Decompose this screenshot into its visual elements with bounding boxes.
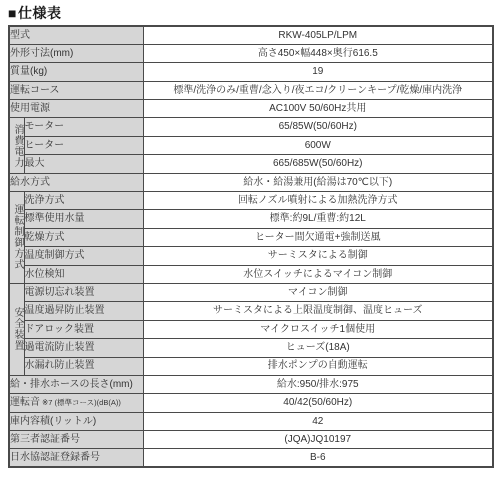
spec-value: 600W xyxy=(305,140,331,151)
spec-value: 高さ450×幅448×奥行616.5 xyxy=(258,48,378,59)
spec-table-body: 型式RKW-405LP/LPM外形寸法(mm)高さ450×幅448×奥行616.… xyxy=(9,26,493,467)
spec-label-cell: 第三者認証番号 xyxy=(9,431,143,449)
spec-value: (JQA)JQ10197 xyxy=(284,434,351,445)
spec-value: 665/685W(50/60Hz) xyxy=(273,158,363,169)
spec-value: ヒーター間欠通電+強制送風 xyxy=(255,232,380,243)
spec-value-cell: 65/85W(50/60Hz) xyxy=(143,118,493,136)
spec-row: 使用電源AC100V 50/60Hz共用 xyxy=(9,100,493,118)
group-label: 運転制御方式 xyxy=(12,204,23,270)
spec-label: 水位検知 xyxy=(25,269,65,280)
spec-value: 42 xyxy=(312,416,323,427)
spec-label: 温度過昇防止装置 xyxy=(25,305,105,316)
group-label: 安全装置 xyxy=(12,307,23,351)
square-bullet-icon: ■ xyxy=(8,5,17,21)
spec-label-cell: 給水方式 xyxy=(9,173,143,191)
spec-row: 過電流防止装置ヒューズ(18A) xyxy=(9,339,493,357)
spec-value: ヒューズ(18A) xyxy=(286,342,350,353)
spec-value-cell: ヒューズ(18A) xyxy=(143,339,493,357)
spec-value-cell: マイクロスイッチ1個使用 xyxy=(143,320,493,338)
spec-value: 65/85W(50/60Hz) xyxy=(279,121,357,132)
spec-row: 日水協認証登録番号B-6 xyxy=(9,449,493,467)
spec-label-cell: 外形寸法(mm) xyxy=(9,44,143,62)
spec-value-cell: 19 xyxy=(143,63,493,81)
spec-value-cell: 42 xyxy=(143,412,493,430)
spec-label: 運転コース xyxy=(10,85,60,96)
spec-row: 最大665/685W(50/60Hz) xyxy=(9,155,493,173)
spec-label: 日水協認証登録番号 xyxy=(10,452,100,463)
spec-label: 洗浄方式 xyxy=(25,195,65,206)
spec-label: 庫内容積(リットル) xyxy=(10,416,96,427)
spec-label-cell: 給・排水ホースの長さ(mm) xyxy=(9,375,143,393)
spec-value: 給水:950/排水:975 xyxy=(277,379,359,390)
spec-label-cell: 使用電源 xyxy=(9,100,143,118)
group-label-cell: 運転制御方式 xyxy=(9,192,24,284)
spec-label-cell: モーター xyxy=(24,118,143,136)
spec-value-cell: 600W xyxy=(143,136,493,154)
spec-label-cell: 水位検知 xyxy=(24,265,143,283)
spec-label-cell: 乾燥方式 xyxy=(24,228,143,246)
spec-value: マイコン制御 xyxy=(288,287,347,298)
spec-label-cell: 運転コース xyxy=(9,81,143,99)
spec-label: 運転音 xyxy=(10,397,40,408)
spec-label-cell: 温度過昇防止装置 xyxy=(24,302,143,320)
spec-label: 温度制御方式 xyxy=(25,250,85,261)
spec-label-cell: 温度制御方式 xyxy=(24,247,143,265)
spec-value-cell: 665/685W(50/60Hz) xyxy=(143,155,493,173)
spec-value-cell: B-6 xyxy=(143,449,493,467)
spec-row: 運転音※7 (標準コース)(dB(A))40/42(50/60Hz) xyxy=(9,394,493,412)
spec-label: 型式 xyxy=(10,30,30,41)
spec-value-cell: 給水:950/排水:975 xyxy=(143,375,493,393)
spec-value-cell: 排水ポンプの自動運転 xyxy=(143,357,493,375)
spec-row: 運転コース標準/洗浄のみ/重曹/念入り/夜エコ/クリーンキープ/乾燥/庫内洗浄 xyxy=(9,81,493,99)
spec-value-cell: 標準:約9L/重曹:約12L xyxy=(143,210,493,228)
spec-label: 電源切忘れ装置 xyxy=(25,287,95,298)
spec-value-cell: 標準/洗浄のみ/重曹/念入り/夜エコ/クリーンキープ/乾燥/庫内洗浄 xyxy=(143,81,493,99)
spec-label-cell: 最大 xyxy=(24,155,143,173)
spec-label-cell: 電源切忘れ装置 xyxy=(24,283,143,301)
page-title-text: 仕様表 xyxy=(18,5,62,21)
spec-value: B-6 xyxy=(310,452,326,463)
spec-value: 19 xyxy=(312,66,323,77)
spec-row: 外形寸法(mm)高さ450×幅448×奥行616.5 xyxy=(9,44,493,62)
spec-value-cell: 高さ450×幅448×奥行616.5 xyxy=(143,44,493,62)
spec-table: 型式RKW-405LP/LPM外形寸法(mm)高さ450×幅448×奥行616.… xyxy=(8,25,494,468)
spec-label-cell: 庫内容積(リットル) xyxy=(9,412,143,430)
spec-value: RKW-405LP/LPM xyxy=(278,30,357,41)
spec-value: 排水ポンプの自動運転 xyxy=(268,360,368,371)
spec-value-cell: 水位スイッチによるマイコン制御 xyxy=(143,265,493,283)
spec-row: 水位検知水位スイッチによるマイコン制御 xyxy=(9,265,493,283)
spec-label-cell: 運転音※7 (標準コース)(dB(A)) xyxy=(9,394,143,412)
spec-label: 給・排水ホースの長さ(mm) xyxy=(10,379,133,390)
spec-value: 回転ノズル噴射による加熱洗浄方式 xyxy=(238,195,398,206)
spec-label: 過電流防止装置 xyxy=(25,342,95,353)
spec-row: 第三者認証番号(JQA)JQ10197 xyxy=(9,431,493,449)
spec-sheet-page: ■仕様表 型式RKW-405LP/LPM外形寸法(mm)高さ450×幅448×奥… xyxy=(0,0,500,500)
spec-value: AC100V 50/60Hz共用 xyxy=(269,103,366,114)
group-label-cell: 安全装置 xyxy=(9,283,24,375)
page-title: ■仕様表 xyxy=(8,3,61,23)
spec-value: 40/42(50/60Hz) xyxy=(283,397,352,408)
spec-label: 質量(kg) xyxy=(10,66,47,77)
spec-label: 水漏れ防止装置 xyxy=(25,360,95,371)
spec-value-cell: サーミスタによる制御 xyxy=(143,247,493,265)
spec-row: 消費電力モーター65/85W(50/60Hz) xyxy=(9,118,493,136)
group-label: 消費電力 xyxy=(12,124,23,168)
spec-label: 第三者認証番号 xyxy=(10,434,80,445)
spec-value-cell: (JQA)JQ10197 xyxy=(143,431,493,449)
group-label-cell: 消費電力 xyxy=(9,118,24,173)
spec-value: 水位スイッチによるマイコン制御 xyxy=(243,269,392,280)
spec-value-cell: ヒーター間欠通電+強制送風 xyxy=(143,228,493,246)
spec-row: 給水方式給水・給湯兼用(給湯は70℃以下) xyxy=(9,173,493,191)
spec-row: 温度過昇防止装置サーミスタによる上限温度制御、温度ヒューズ xyxy=(9,302,493,320)
spec-label: ドアロック装置 xyxy=(25,324,95,335)
spec-row: ヒーター600W xyxy=(9,136,493,154)
spec-value-cell: マイコン制御 xyxy=(143,283,493,301)
spec-row: 乾燥方式ヒーター間欠通電+強制送風 xyxy=(9,228,493,246)
spec-value: マイクロスイッチ1個使用 xyxy=(260,324,375,335)
spec-label-cell: ドアロック装置 xyxy=(24,320,143,338)
spec-value: サーミスタによる制御 xyxy=(268,250,368,261)
spec-label-cell: 型式 xyxy=(9,26,143,44)
spec-row: 給・排水ホースの長さ(mm)給水:950/排水:975 xyxy=(9,375,493,393)
spec-label-cell: 標準使用水量 xyxy=(24,210,143,228)
spec-label-cell: 水漏れ防止装置 xyxy=(24,357,143,375)
spec-label: 給水方式 xyxy=(10,177,50,188)
spec-row: 運転制御方式洗浄方式回転ノズル噴射による加熱洗浄方式 xyxy=(9,192,493,210)
spec-row: 庫内容積(リットル)42 xyxy=(9,412,493,430)
spec-row: 温度制御方式サーミスタによる制御 xyxy=(9,247,493,265)
spec-label-cell: 過電流防止装置 xyxy=(24,339,143,357)
spec-label: 乾燥方式 xyxy=(25,232,65,243)
spec-value-cell: 給水・給湯兼用(給湯は70℃以下) xyxy=(143,173,493,191)
spec-label-cell: 質量(kg) xyxy=(9,63,143,81)
spec-value-cell: 40/42(50/60Hz) xyxy=(143,394,493,412)
spec-value-cell: AC100V 50/60Hz共用 xyxy=(143,100,493,118)
spec-label: モーター xyxy=(25,121,65,132)
spec-label: 外形寸法(mm) xyxy=(10,48,73,59)
spec-row: 標準使用水量標準:約9L/重曹:約12L xyxy=(9,210,493,228)
spec-label-cell: ヒーター xyxy=(24,136,143,154)
spec-row: 型式RKW-405LP/LPM xyxy=(9,26,493,44)
spec-value-cell: サーミスタによる上限温度制御、温度ヒューズ xyxy=(143,302,493,320)
spec-value-cell: 回転ノズル噴射による加熱洗浄方式 xyxy=(143,192,493,210)
spec-label: 最大 xyxy=(25,158,45,169)
spec-label: ヒーター xyxy=(25,140,65,151)
spec-label: 標準使用水量 xyxy=(25,213,85,224)
spec-row: 水漏れ防止装置排水ポンプの自動運転 xyxy=(9,357,493,375)
spec-value: 給水・給湯兼用(給湯は70℃以下) xyxy=(243,177,392,188)
spec-value: 標準:約9L/重曹:約12L xyxy=(270,213,366,224)
spec-label: 使用電源 xyxy=(10,103,50,114)
spec-row: ドアロック装置マイクロスイッチ1個使用 xyxy=(9,320,493,338)
spec-row: 安全装置電源切忘れ装置マイコン制御 xyxy=(9,283,493,301)
spec-label-note: ※7 (標準コース)(dB(A)) xyxy=(42,398,121,407)
spec-value: 標準/洗浄のみ/重曹/念入り/夜エコ/クリーンキープ/乾燥/庫内洗浄 xyxy=(173,85,462,96)
spec-label-cell: 日水協認証登録番号 xyxy=(9,449,143,467)
spec-label-cell: 洗浄方式 xyxy=(24,192,143,210)
spec-value-cell: RKW-405LP/LPM xyxy=(143,26,493,44)
spec-row: 質量(kg)19 xyxy=(9,63,493,81)
spec-value: サーミスタによる上限温度制御、温度ヒューズ xyxy=(213,305,423,316)
